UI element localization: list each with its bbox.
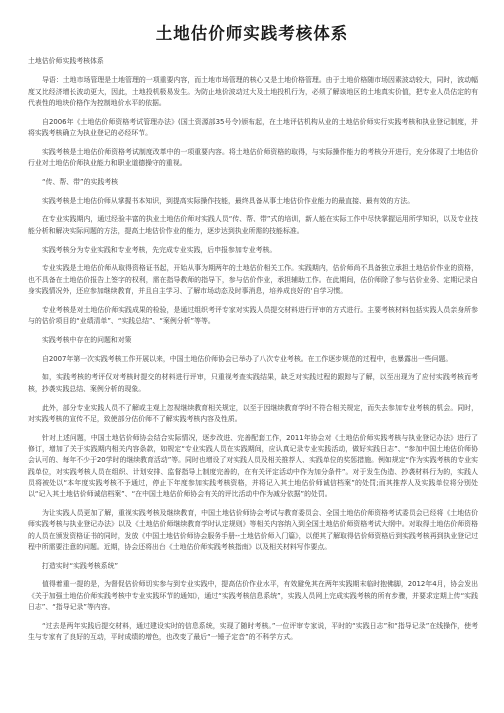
section-heading: 打造实时“实践考核系统” [28, 561, 478, 572]
body-paragraph: 如，实践考核的考评仅对考核时提交的材料进行评审，只重视考查实践结果，缺乏对实践过… [28, 372, 478, 395]
section-heading: 实践考核中存在的问题和对策 [28, 335, 478, 346]
body-paragraph: 针对上述问题，中国土地估价师协会结合实际情况，逐步改进、完善配套工作，2011年… [28, 433, 478, 501]
body-paragraph: 值得着重一提的是，为督促估价师切实参与到专业实践中，提高估价作业水平，有效避免其… [28, 579, 478, 613]
body-paragraph: 实践考核是土地估价师从掌握书本知识，到提高实际操作技能，最终具备从事土地估价作业… [28, 196, 478, 207]
body-paragraph: “过去是两年实践后提交材料，通过建设实时的信息系统，实现了随时考核。”一位评审专… [28, 621, 478, 644]
body-paragraph: 实践考核是土地估价师资格考试制度改革中的一项重要内容。将土地估价师资格的取得，与… [28, 147, 478, 170]
body-paragraph: 自2007年第一次实践考核工作开展以来，中国土地估价师协会已举办了八次专业考核。… [28, 354, 478, 365]
document-page: 土地估价师实践考核体系 土地估价师实践考核体系 导语：土地市场管理是土地管理的一… [0, 0, 504, 713]
body-paragraph: 自2006年《土地估价师资格考试管理办法》(国土资源部35号令)颁布起，在土地评… [28, 117, 478, 140]
document-body: 土地估价师实践考核体系 导语：土地市场管理是土地管理的一项重要内容，而土地市场管… [28, 56, 478, 651]
subtitle-paragraph: 土地估价师实践考核体系 [28, 56, 478, 67]
intro-paragraph: 导语：土地市场管理是土地管理的一项重要内容，而土地市场管理的核心又是土地价格管理… [28, 75, 478, 109]
body-paragraph: 为让实践人员更加了解，重视实践考核及继续教育，中国土地估价师协会考试与教育委员会… [28, 508, 478, 553]
body-paragraph: 专业考核是对土地估价师实践成果的检验，是通过组织考评专家对实践人员提交材料进行评… [28, 305, 478, 328]
document-title: 土地估价师实践考核体系 [0, 24, 504, 44]
body-paragraph: 此外，部分专业实践人员不了解或主观上忽视继续教育相关规定，以至于因继续教育学时不… [28, 403, 478, 426]
body-paragraph: 在专业实践期内，通过经验丰富的执业土地估价师对实践人员“传、帮、带”式的培训，新… [28, 214, 478, 237]
section-heading: “传、帮、带”的实践考核 [28, 177, 478, 188]
body-paragraph: 专业实践是土地估价师从取得资格证书起，开始从事为期两年的土地估价相关工作。实践期… [28, 263, 478, 297]
body-paragraph: 实践考核分为专业实践和专业考核，先完成专业实践，后申报参加专业考核。 [28, 245, 478, 256]
